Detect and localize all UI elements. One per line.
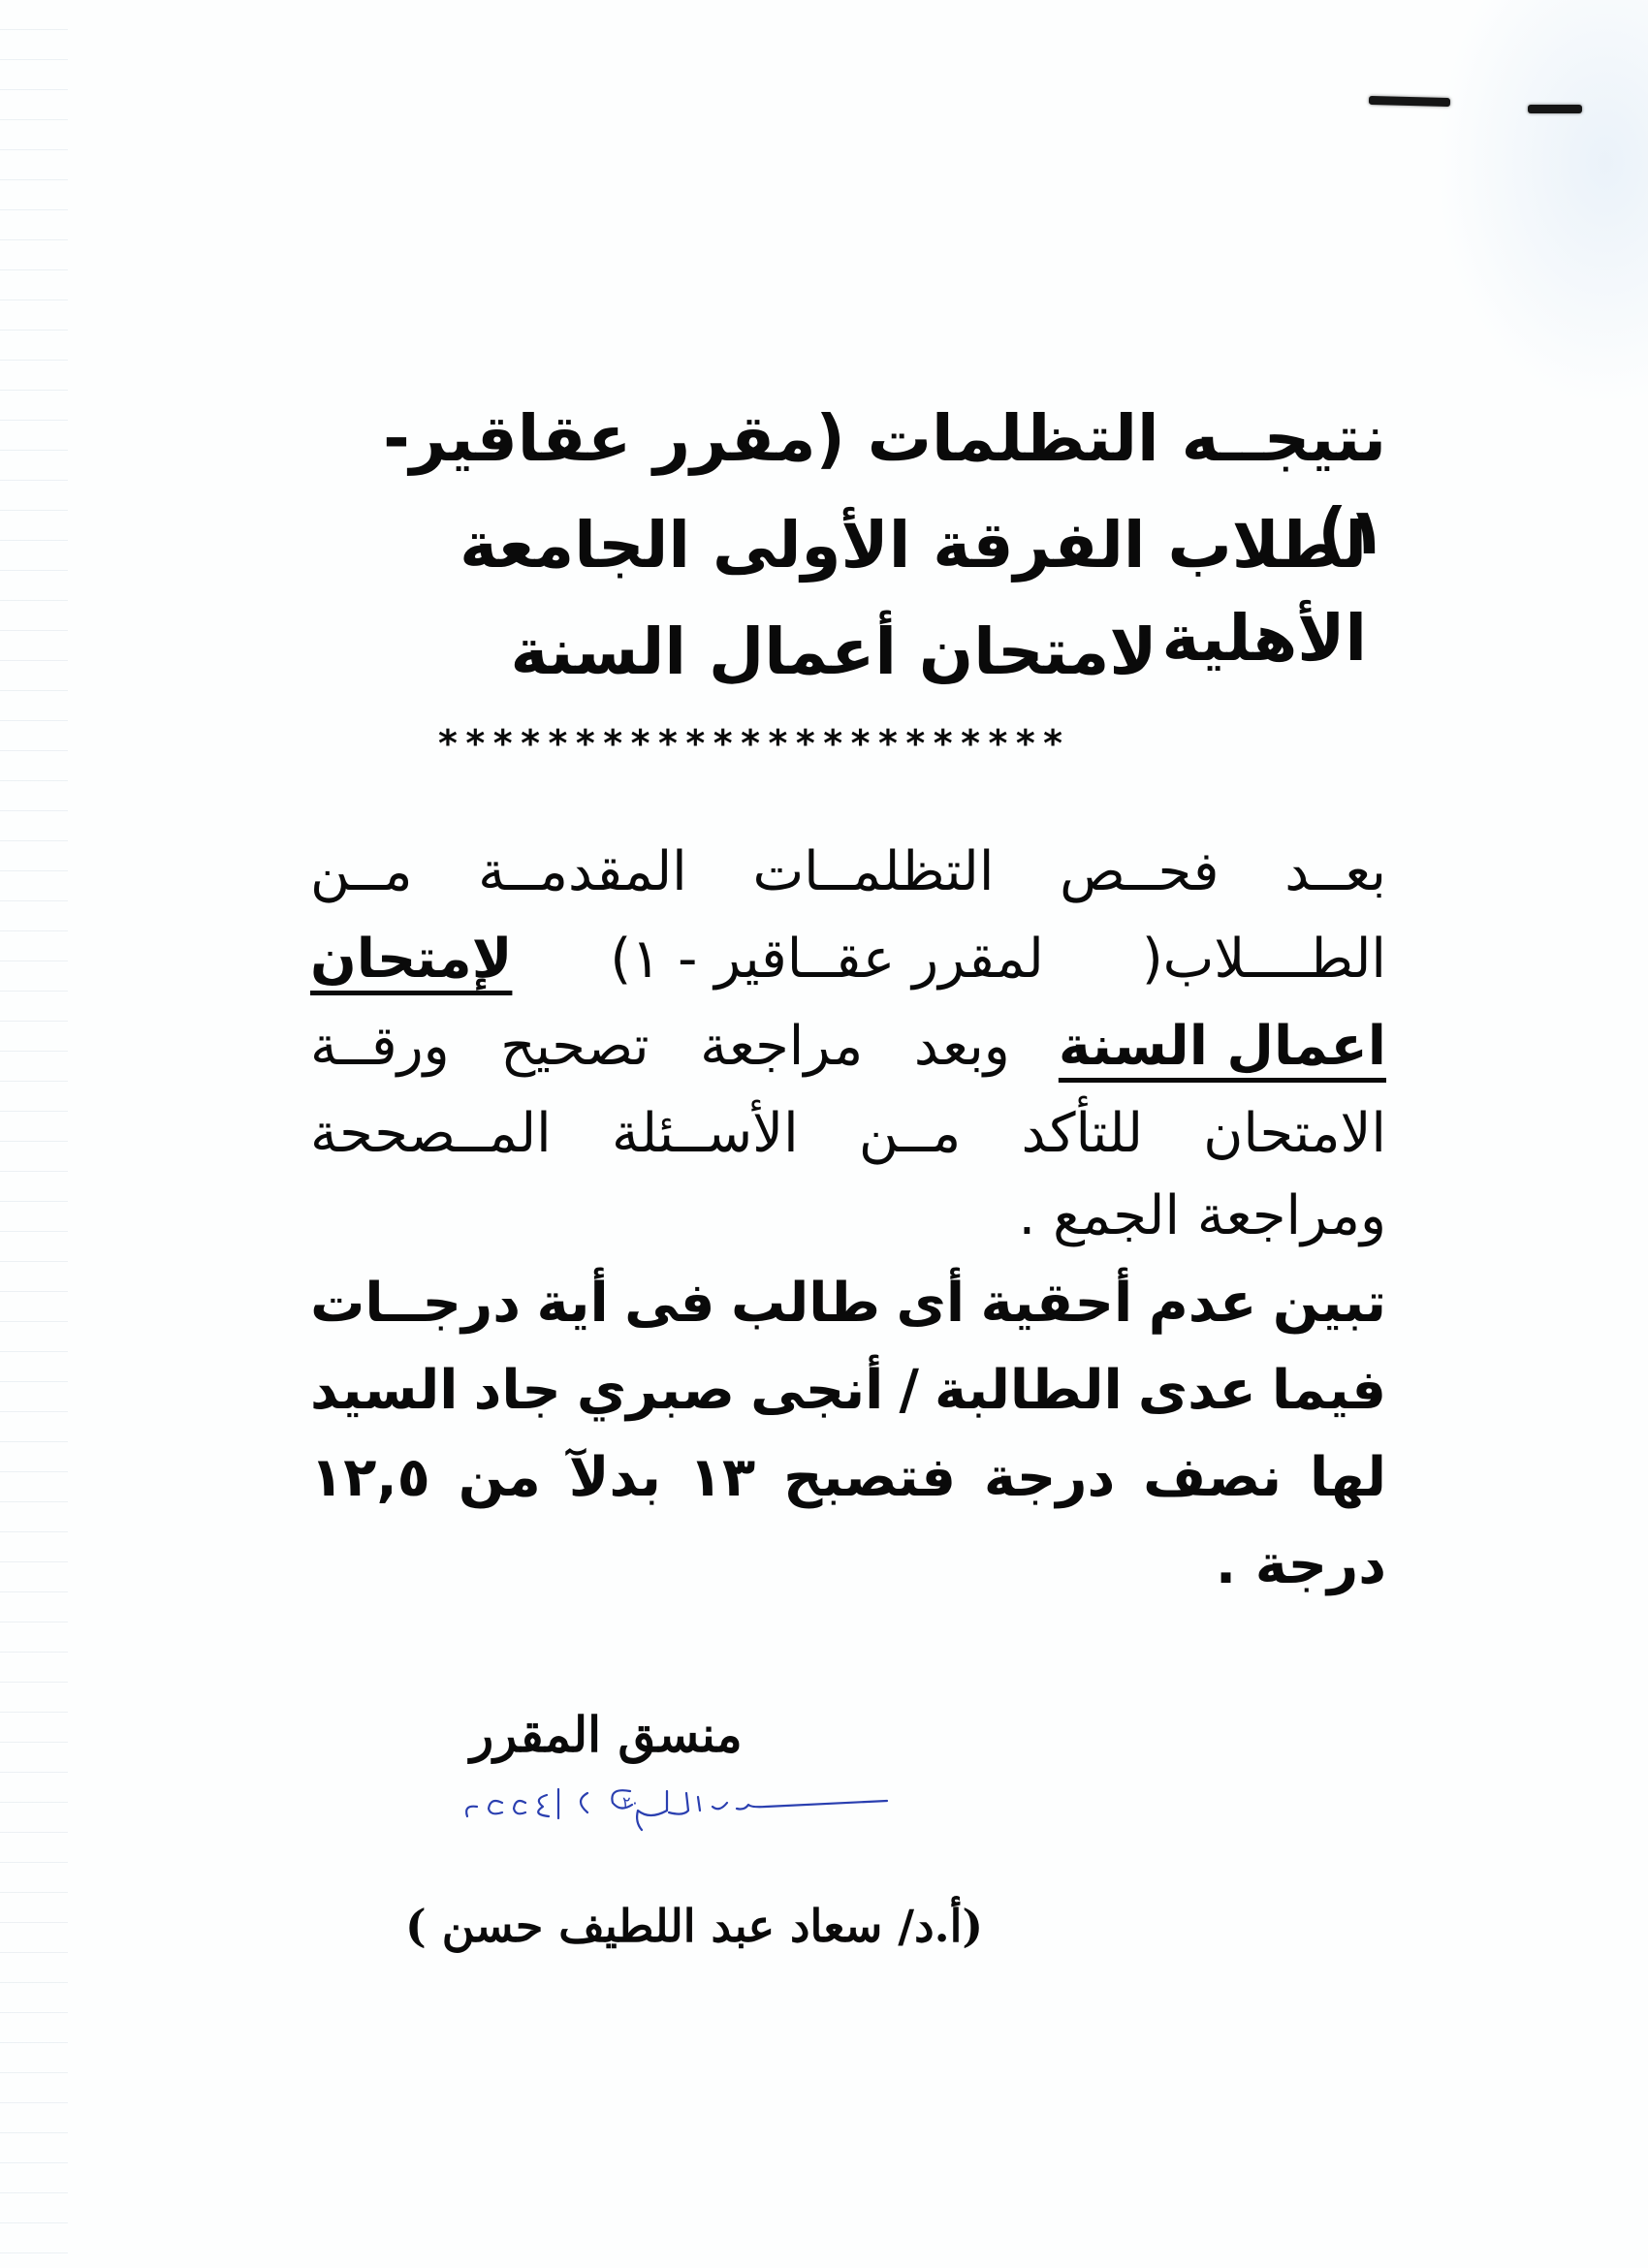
- result-line-4: درجة .: [310, 1522, 1386, 1609]
- word: الطــــلاب(: [1142, 916, 1386, 1003]
- result-line-3: لها نصف درجة فتصبح ١٣ بدلآ من ١٢,٥: [310, 1434, 1386, 1522]
- student-first-name: أنجى: [750, 1347, 883, 1434]
- word: درجة .: [1216, 1522, 1386, 1609]
- new-grade: ١٣: [689, 1434, 755, 1522]
- svg-text:٢٠: ٢٠: [622, 1793, 639, 1811]
- staple-mark: [1369, 96, 1450, 107]
- title-line-3: لامتحان أعمال السنة: [397, 606, 1270, 699]
- word: أحقية: [981, 1260, 1133, 1347]
- phrase: وبعد مراجعة تصحيح ورقــة: [310, 1003, 1010, 1090]
- word: المــصححة: [310, 1090, 552, 1178]
- word: درجة: [984, 1434, 1115, 1522]
- underlined-year-work: اعمال السنة: [1059, 1003, 1386, 1090]
- coordinator-name: (أ.د/ سعاد عبد اللطيف حسن ): [405, 1900, 983, 1952]
- staple-mark: [1528, 105, 1582, 113]
- word: الطالبة: [935, 1347, 1123, 1434]
- student-name: السيد: [310, 1347, 458, 1434]
- word: بدلآ: [569, 1434, 661, 1522]
- word: درجــات: [310, 1260, 521, 1347]
- word: مــن: [310, 829, 412, 916]
- body-line-1: بعــد فحــص التظلمــات المقدمــة مــن: [310, 829, 1386, 916]
- result-line-1: تبين عدم أحقية أى طالب فى أية درجــات: [310, 1260, 1386, 1347]
- word: عدم: [1149, 1260, 1257, 1347]
- word: فحــص: [1060, 829, 1219, 916]
- student-name: جاد: [474, 1347, 561, 1434]
- word: من: [459, 1434, 541, 1522]
- word: لها: [1310, 1434, 1386, 1522]
- word: للتأكد: [1021, 1090, 1143, 1178]
- phrase: ومراجعة الجمع .: [1018, 1173, 1386, 1260]
- word: التظلمــات: [752, 829, 994, 916]
- handwritten-signature: ٢٠: [359, 1783, 902, 1851]
- coordinator-title: منسق المقرر: [470, 1706, 743, 1763]
- word: فى: [624, 1260, 714, 1347]
- old-grade: ١٢,٥: [310, 1434, 430, 1522]
- word: أى: [897, 1260, 966, 1347]
- underlined-exam-word: لإمتحان: [310, 916, 512, 1003]
- word: فتصبح: [783, 1434, 956, 1522]
- body-line-4: الامتحان للتأكد مــن الأســئلة المــصححة: [310, 1090, 1386, 1178]
- result-line-2: فيما عدى الطالبة / أنجى صبري جاد السيد: [310, 1347, 1386, 1434]
- scan-edge-shading: [0, 0, 68, 2268]
- word: لمقرر عقــاقير - ١): [610, 916, 1043, 1003]
- body-line-3: اعمال السنة وبعد مراجعة تصحيح ورقــة: [310, 1003, 1386, 1090]
- word: مــن: [859, 1090, 961, 1178]
- word: الامتحان: [1203, 1090, 1386, 1178]
- body-line-5: ومراجعة الجمع .: [310, 1173, 1386, 1260]
- word: الأســئلة: [612, 1090, 799, 1178]
- word: /: [899, 1347, 918, 1434]
- student-name: صبري: [577, 1347, 735, 1434]
- word: عدى: [1138, 1347, 1256, 1434]
- scan-shading: [1435, 0, 1648, 407]
- star-separator: ***********************: [438, 719, 1311, 768]
- body-line-2: الطــــلاب( لمقرر عقــاقير - ١) لإمتحان: [310, 916, 1386, 1003]
- word: فيما: [1272, 1347, 1386, 1434]
- word: أية: [536, 1260, 608, 1347]
- word: طالب: [731, 1260, 880, 1347]
- word: نصف: [1143, 1434, 1282, 1522]
- word: المقدمــة: [478, 829, 687, 916]
- word: تبين: [1273, 1260, 1386, 1347]
- word: بعــد: [1284, 829, 1386, 916]
